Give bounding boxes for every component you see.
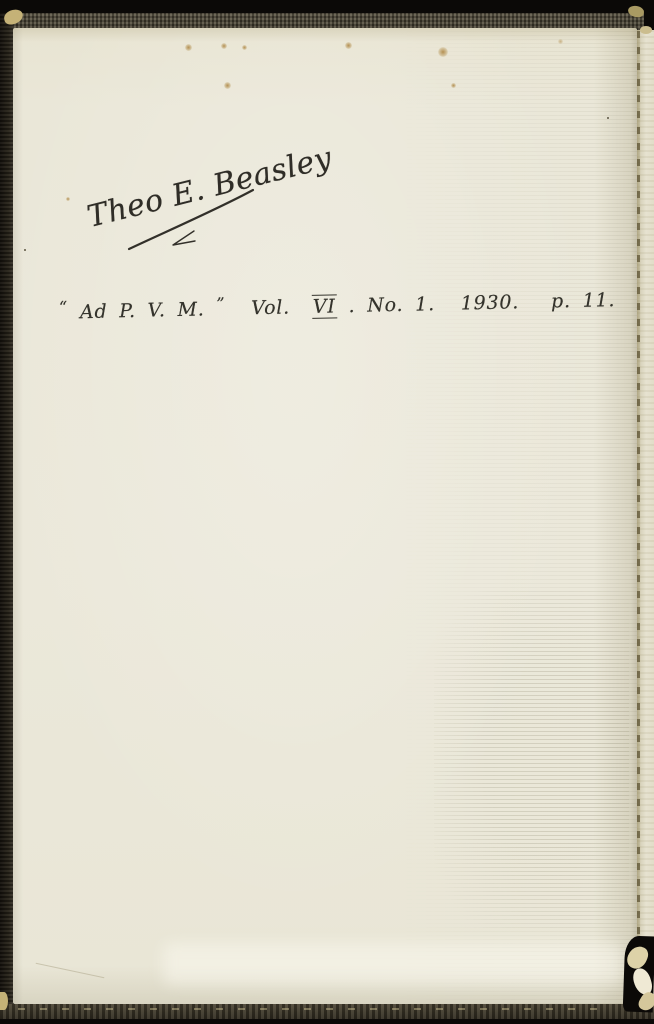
note-year: 1930. (460, 291, 519, 314)
paper-impression-band (163, 943, 623, 985)
foxing-spot (66, 197, 70, 201)
note-close-quote: ” (216, 294, 225, 313)
ink-speck (607, 117, 609, 119)
cover-cloth-edge-bottom (0, 1004, 654, 1019)
note-issue-ref: . No. 1. (348, 293, 435, 317)
ink-speck (24, 249, 26, 251)
cover-corner-fray (0, 992, 8, 1010)
page-edge-fray (640, 26, 652, 34)
foxing-spot (451, 83, 456, 88)
note-volume-label: Vol. (251, 296, 290, 319)
fore-edge-crease (637, 30, 640, 998)
note-open-quote: “ (59, 297, 68, 316)
laid-paper-texture-strong (434, 588, 629, 928)
foxing-spot (185, 44, 192, 51)
note-volume-numeral: VI (312, 294, 337, 319)
foxing-spot (224, 82, 231, 89)
note-page-ref: p. 11. (551, 289, 616, 312)
cover-wear-line (18, 1008, 608, 1010)
flyleaf-page: Theo E. Beasley “ Ad P. V. M. ” Vol. VI … (13, 28, 637, 1004)
paper-crease-mark (36, 963, 105, 979)
page-fore-edge (637, 30, 654, 998)
foxing-spot (558, 39, 563, 44)
foxing-spot (242, 45, 247, 50)
note-abbreviation: Ad P. V. M. (80, 298, 205, 323)
foxing-spot (438, 47, 448, 57)
foxing-spot (345, 42, 352, 49)
cover-cloth-edge-left (0, 13, 13, 1018)
signature-text: Theo E. Beasley (84, 140, 336, 235)
book-flyleaf-scan: Theo E. Beasley “ Ad P. V. M. ” Vol. VI … (0, 0, 654, 1024)
foxing-spot (221, 43, 227, 49)
handwritten-signature: Theo E. Beasley (84, 148, 304, 236)
